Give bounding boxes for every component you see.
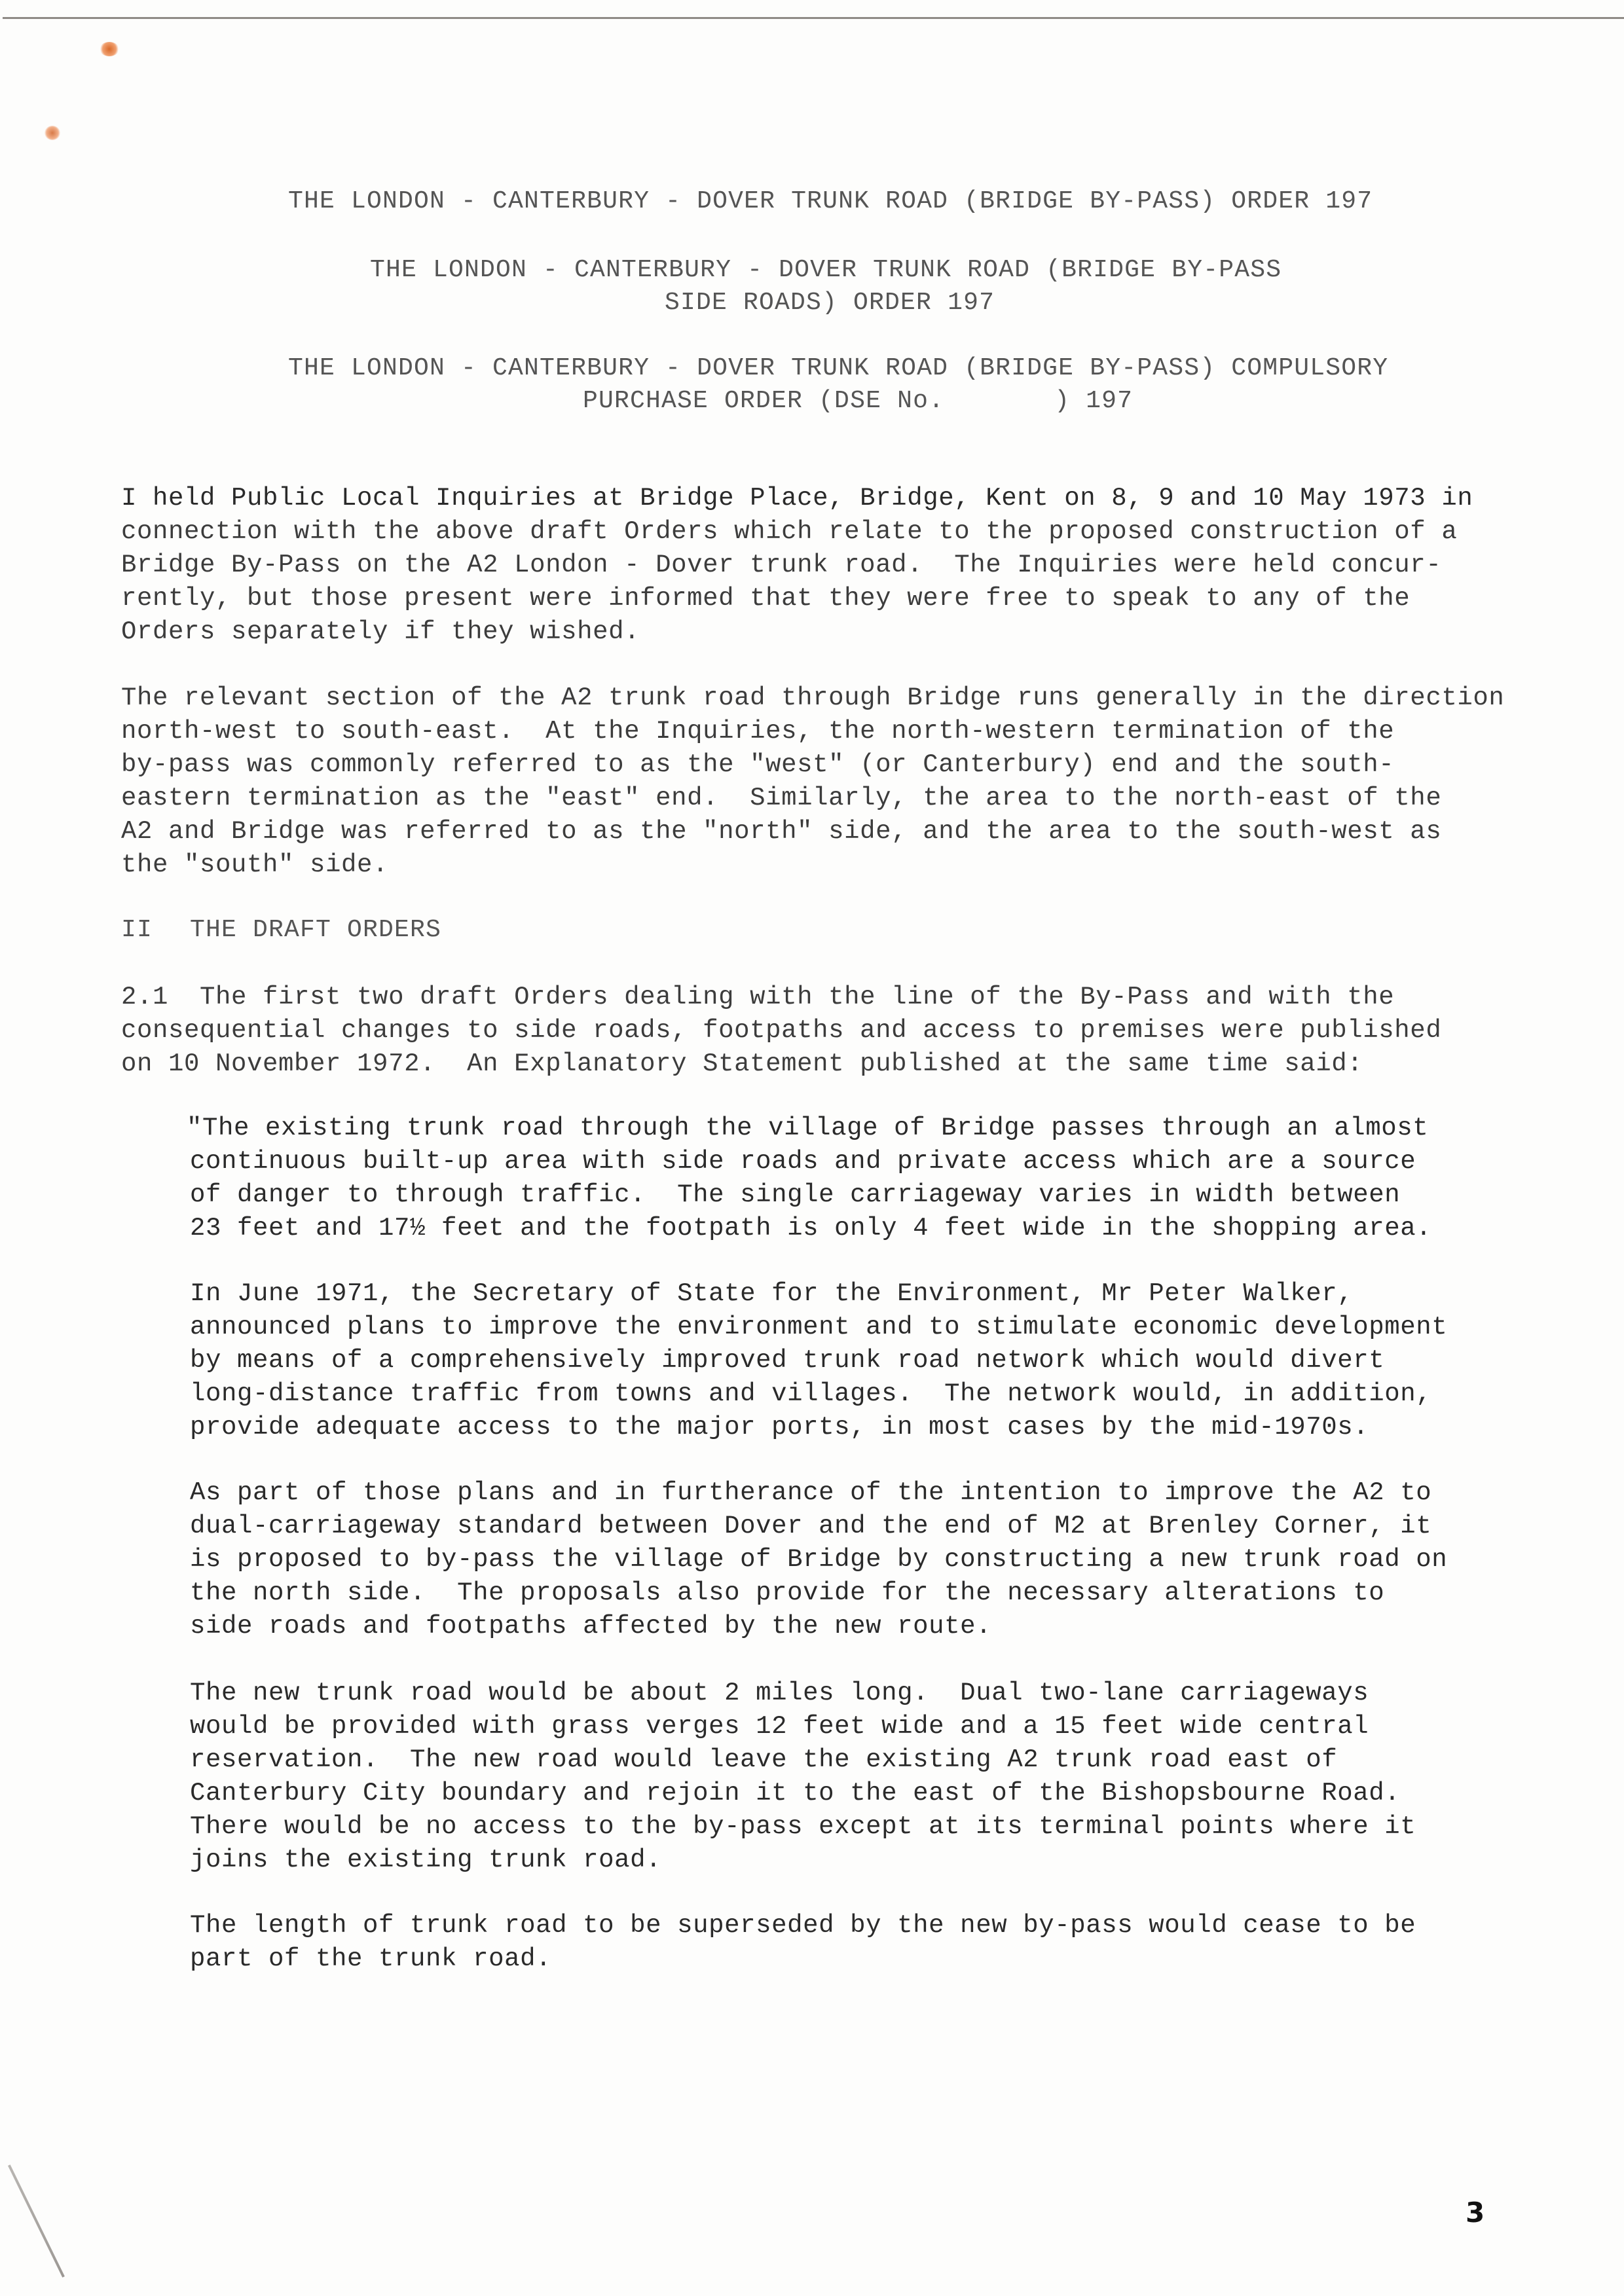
- text-line: continuous built-up area with side roads…: [190, 1146, 1416, 1176]
- text-line: of danger to through traffic. The single…: [190, 1180, 1400, 1210]
- page-number: 3: [1466, 2196, 1485, 2229]
- text-line: In June 1971, the Secretary of State for…: [190, 1279, 1353, 1309]
- text-line: reservation. The new road would leave th…: [190, 1745, 1337, 1775]
- heading-3-line-1: THE LONDON - CANTERBURY - DOVER TRUNK RO…: [288, 354, 1388, 384]
- section-number: II: [121, 915, 153, 945]
- page-fold-mark: [8, 2164, 65, 2278]
- text-line: Bridge By-Pass on the A2 London - Dover …: [121, 550, 1441, 580]
- page-top-edge: [3, 17, 1624, 19]
- text-line: Canterbury City boundary and rejoin it t…: [190, 1778, 1400, 1808]
- text-line: The new trunk road would be about 2 mile…: [190, 1678, 1369, 1708]
- section-title: THE DRAFT ORDERS: [190, 915, 441, 945]
- heading-1-line-1: THE LONDON - CANTERBURY - DOVER TRUNK RO…: [288, 187, 1373, 217]
- text-line: side roads and footpaths affected by the…: [190, 1611, 991, 1641]
- text-line: consequential changes to side roads, foo…: [121, 1015, 1441, 1046]
- rust-stain: [100, 42, 119, 56]
- text-line: north-west to south-east. At the Inquiri…: [121, 716, 1394, 746]
- text-line: 23 feet and 17½ feet and the footpath is…: [190, 1213, 1431, 1243]
- text-line: I held Public Local Inquiries at Bridge …: [121, 483, 1473, 513]
- text-line: eastern termination as the "east" end. S…: [121, 783, 1441, 813]
- text-line: by-pass was commonly referred to as the …: [121, 750, 1394, 780]
- heading-2-line-2: SIDE ROADS) ORDER 197: [665, 288, 995, 318]
- text-line: A2 and Bridge was referred to as the "no…: [121, 816, 1441, 847]
- text-line: the "south" side.: [121, 850, 388, 880]
- text-line: long-distance traffic from towns and vil…: [190, 1379, 1431, 1409]
- heading-3-line-2: PURCHASE ORDER (DSE No. ) 197: [583, 386, 1133, 416]
- rust-stain: [45, 126, 60, 140]
- text-line: on 10 November 1972. An Explanatory Stat…: [121, 1049, 1363, 1079]
- text-line: announced plans to improve the environme…: [190, 1312, 1447, 1342]
- heading-2-line-1: THE LONDON - CANTERBURY - DOVER TRUNK RO…: [370, 255, 1282, 285]
- text-line: by means of a comprehensively improved t…: [190, 1345, 1384, 1376]
- text-line: dual-carriageway standard between Dover …: [190, 1511, 1431, 1541]
- text-line: the north side. The proposals also provi…: [190, 1578, 1384, 1608]
- text-line: As part of those plans and in furtheranc…: [190, 1478, 1431, 1508]
- text-line: The length of trunk road to be supersede…: [190, 1910, 1416, 1941]
- text-line: The relevant section of the A2 trunk roa…: [121, 683, 1504, 713]
- text-line: "The existing trunk road through the vil…: [187, 1113, 1428, 1143]
- text-line: connection with the above draft Orders w…: [121, 517, 1457, 547]
- text-line: part of the trunk road.: [190, 1944, 551, 1974]
- text-line: joins the existing trunk road.: [190, 1845, 661, 1875]
- text-line: There would be no access to the by-pass …: [190, 1812, 1416, 1842]
- text-line: provide adequate access to the major por…: [190, 1412, 1369, 1442]
- text-line: 2.1 The first two draft Orders dealing w…: [121, 982, 1394, 1012]
- text-line: is proposed to by-pass the village of Br…: [190, 1544, 1447, 1575]
- text-line: would be provided with grass verges 12 f…: [190, 1711, 1369, 1741]
- text-line: Orders separately if they wished.: [121, 617, 640, 647]
- text-line: rently, but those present were informed …: [121, 583, 1410, 613]
